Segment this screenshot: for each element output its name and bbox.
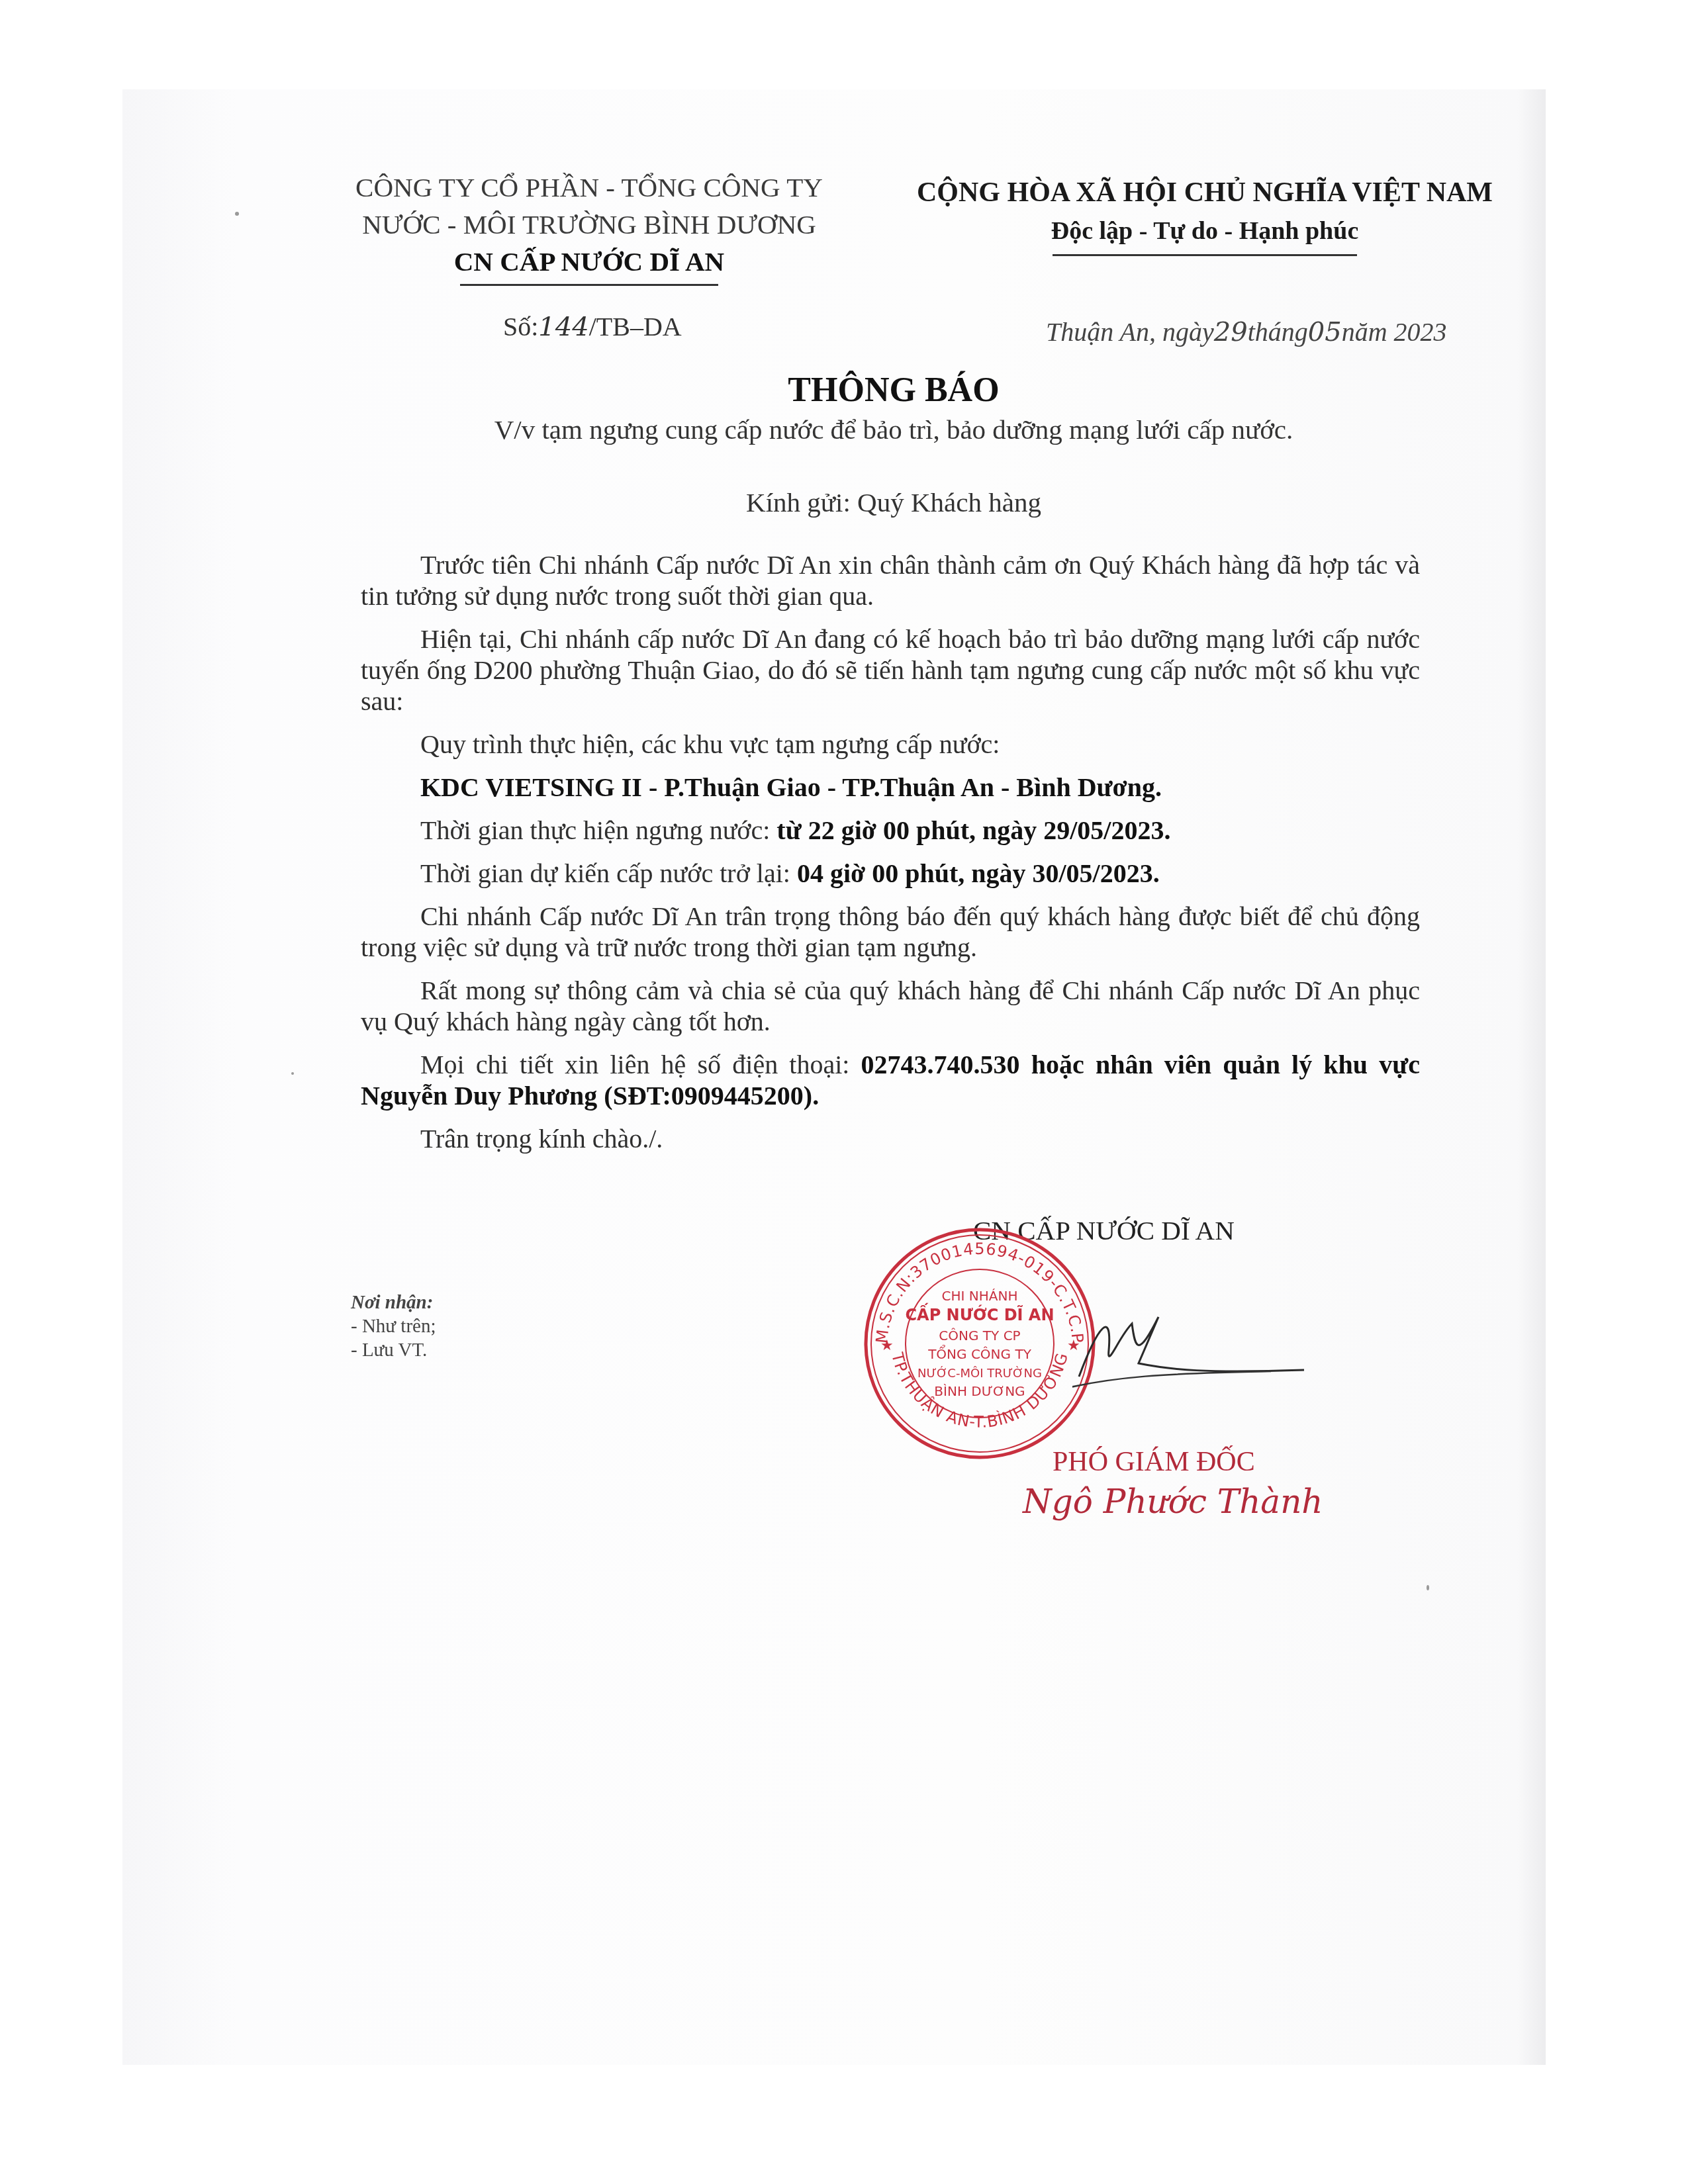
- signer-title: PHÓ GIÁM ĐỐC: [1053, 1446, 1255, 1478]
- svg-text:NƯỚC-MÔI TRƯỜNG: NƯỚC-MÔI TRƯỜNG: [917, 1366, 1042, 1381]
- body-paragraph-thanks: Trước tiên Chi nhánh Cấp nước Dĩ An xin …: [361, 549, 1420, 612]
- svg-text:TỔNG CÔNG TY: TỔNG CÔNG TY: [927, 1345, 1032, 1362]
- scan-speck: [291, 1072, 294, 1075]
- scan-speck: [235, 212, 239, 216]
- contact-info: Mọi chi tiết xin liên hệ số điện thoại: …: [361, 1049, 1420, 1111]
- contact-label: Mọi chi tiết xin liên hệ số điện thoại:: [420, 1050, 861, 1079]
- date-day: 29: [1214, 317, 1248, 347]
- official-stamp-icon: M.S.C.N:3700145694-019-C.T.C.P TP.THUẬN …: [861, 1224, 1099, 1463]
- svg-text:BÌNH DƯƠNG: BÌNH DƯƠNG: [934, 1383, 1025, 1399]
- place-and-date: Thuận An, ngày29tháng05năm 2023: [1046, 316, 1447, 347]
- signer-name: Ngô Phước Thành: [1023, 1482, 1323, 1521]
- doc-number-suffix: /TB–DA: [589, 312, 682, 341]
- country-name: CỘNG HÒA XÃ HỘI CHỦ NGHĨA VIỆT NAM: [900, 173, 1509, 212]
- stop-time: Thời gian thực hiện ngưng nước: từ 22 gi…: [361, 815, 1420, 846]
- issuing-organization: CÔNG TY CỔ PHẦN - TỔNG CÔNG TY NƯỚC - MÔ…: [318, 169, 861, 286]
- closing: Trân trọng kính chào./.: [361, 1123, 1420, 1154]
- recipient-item: - Như trên;: [351, 1314, 436, 1338]
- doc-number-prefix: Số:: [503, 312, 538, 341]
- national-header: CỘNG HÒA XÃ HỘI CHỦ NGHĨA VIỆT NAM Độc l…: [900, 173, 1509, 256]
- document-body: Trước tiên Chi nhánh Cấp nước Dĩ An xin …: [361, 549, 1420, 1166]
- date-month: 05: [1308, 317, 1342, 347]
- svg-text:CÔNG TY CP: CÔNG TY CP: [939, 1328, 1020, 1343]
- greeting: Kính gửi: Quý Khách hàng: [331, 486, 1456, 518]
- org-underline: [460, 284, 718, 286]
- org-line-2: NƯỚC - MÔI TRƯỜNG BÌNH DƯƠNG: [318, 206, 861, 243]
- resume-time-value: 04 giờ 00 phút, ngày 30/05/2023.: [797, 858, 1160, 888]
- affected-area: KDC VIETSING II - P.Thuận Giao - TP.Thuậ…: [361, 772, 1420, 803]
- recipients-label: Nơi nhận:: [351, 1291, 436, 1314]
- date-year: năm 2023: [1342, 317, 1447, 347]
- stop-time-value: từ 22 giờ 00 phút, ngày 29/05/2023.: [776, 815, 1170, 845]
- recipients: Nơi nhận: - Như trên; - Lưu VT.: [351, 1291, 436, 1362]
- national-motto: Độc lập - Tự do - Hạnh phúc: [900, 212, 1509, 250]
- svg-text:CẤP NƯỚC DĨ AN: CẤP NƯỚC DĨ AN: [905, 1302, 1054, 1324]
- date-place: Thuận An, ngày: [1046, 317, 1214, 347]
- body-paragraph-notice: Chi nhánh Cấp nước Dĩ An trân trọng thôn…: [361, 901, 1420, 963]
- scan-speck: [1427, 1585, 1429, 1590]
- affected-area-value: KDC VIETSING II - P.Thuận Giao - TP.Thuậ…: [420, 772, 1162, 802]
- body-paragraph-plan: Hiện tại, Chi nhánh cấp nước Dĩ An đang …: [361, 623, 1420, 717]
- body-procedure: Quy trình thực hiện, các khu vực tạm ngư…: [361, 729, 1420, 760]
- resume-time: Thời gian dự kiến cấp nước trở lại: 04 g…: [361, 858, 1420, 889]
- motto-underline: [1053, 254, 1357, 256]
- document-subject: V/v tạm ngưng cung cấp nước để bảo trì, …: [331, 414, 1456, 445]
- org-branch: CN CẤP NƯỚC DĨ AN: [318, 243, 861, 280]
- stop-time-label: Thời gian thực hiện ngưng nước:: [420, 815, 776, 845]
- svg-text:★: ★: [880, 1338, 894, 1354]
- svg-text:CHI NHÁNH: CHI NHÁNH: [942, 1288, 1018, 1304]
- handwritten-signature-icon: [1072, 1297, 1311, 1396]
- doc-number-handwritten: 144: [538, 312, 588, 342]
- body-paragraph-apology: Rất mong sự thông cảm và chia sẻ của quý…: [361, 975, 1420, 1037]
- document-number: Số:144/TB–DA: [503, 311, 682, 342]
- resume-time-label: Thời gian dự kiến cấp nước trở lại:: [420, 858, 797, 888]
- document-title: THÔNG BÁO: [331, 371, 1456, 410]
- org-line-1: CÔNG TY CỔ PHẦN - TỔNG CÔNG TY: [318, 169, 861, 206]
- recipient-item: - Lưu VT.: [351, 1338, 436, 1362]
- date-month-label: tháng: [1248, 317, 1308, 347]
